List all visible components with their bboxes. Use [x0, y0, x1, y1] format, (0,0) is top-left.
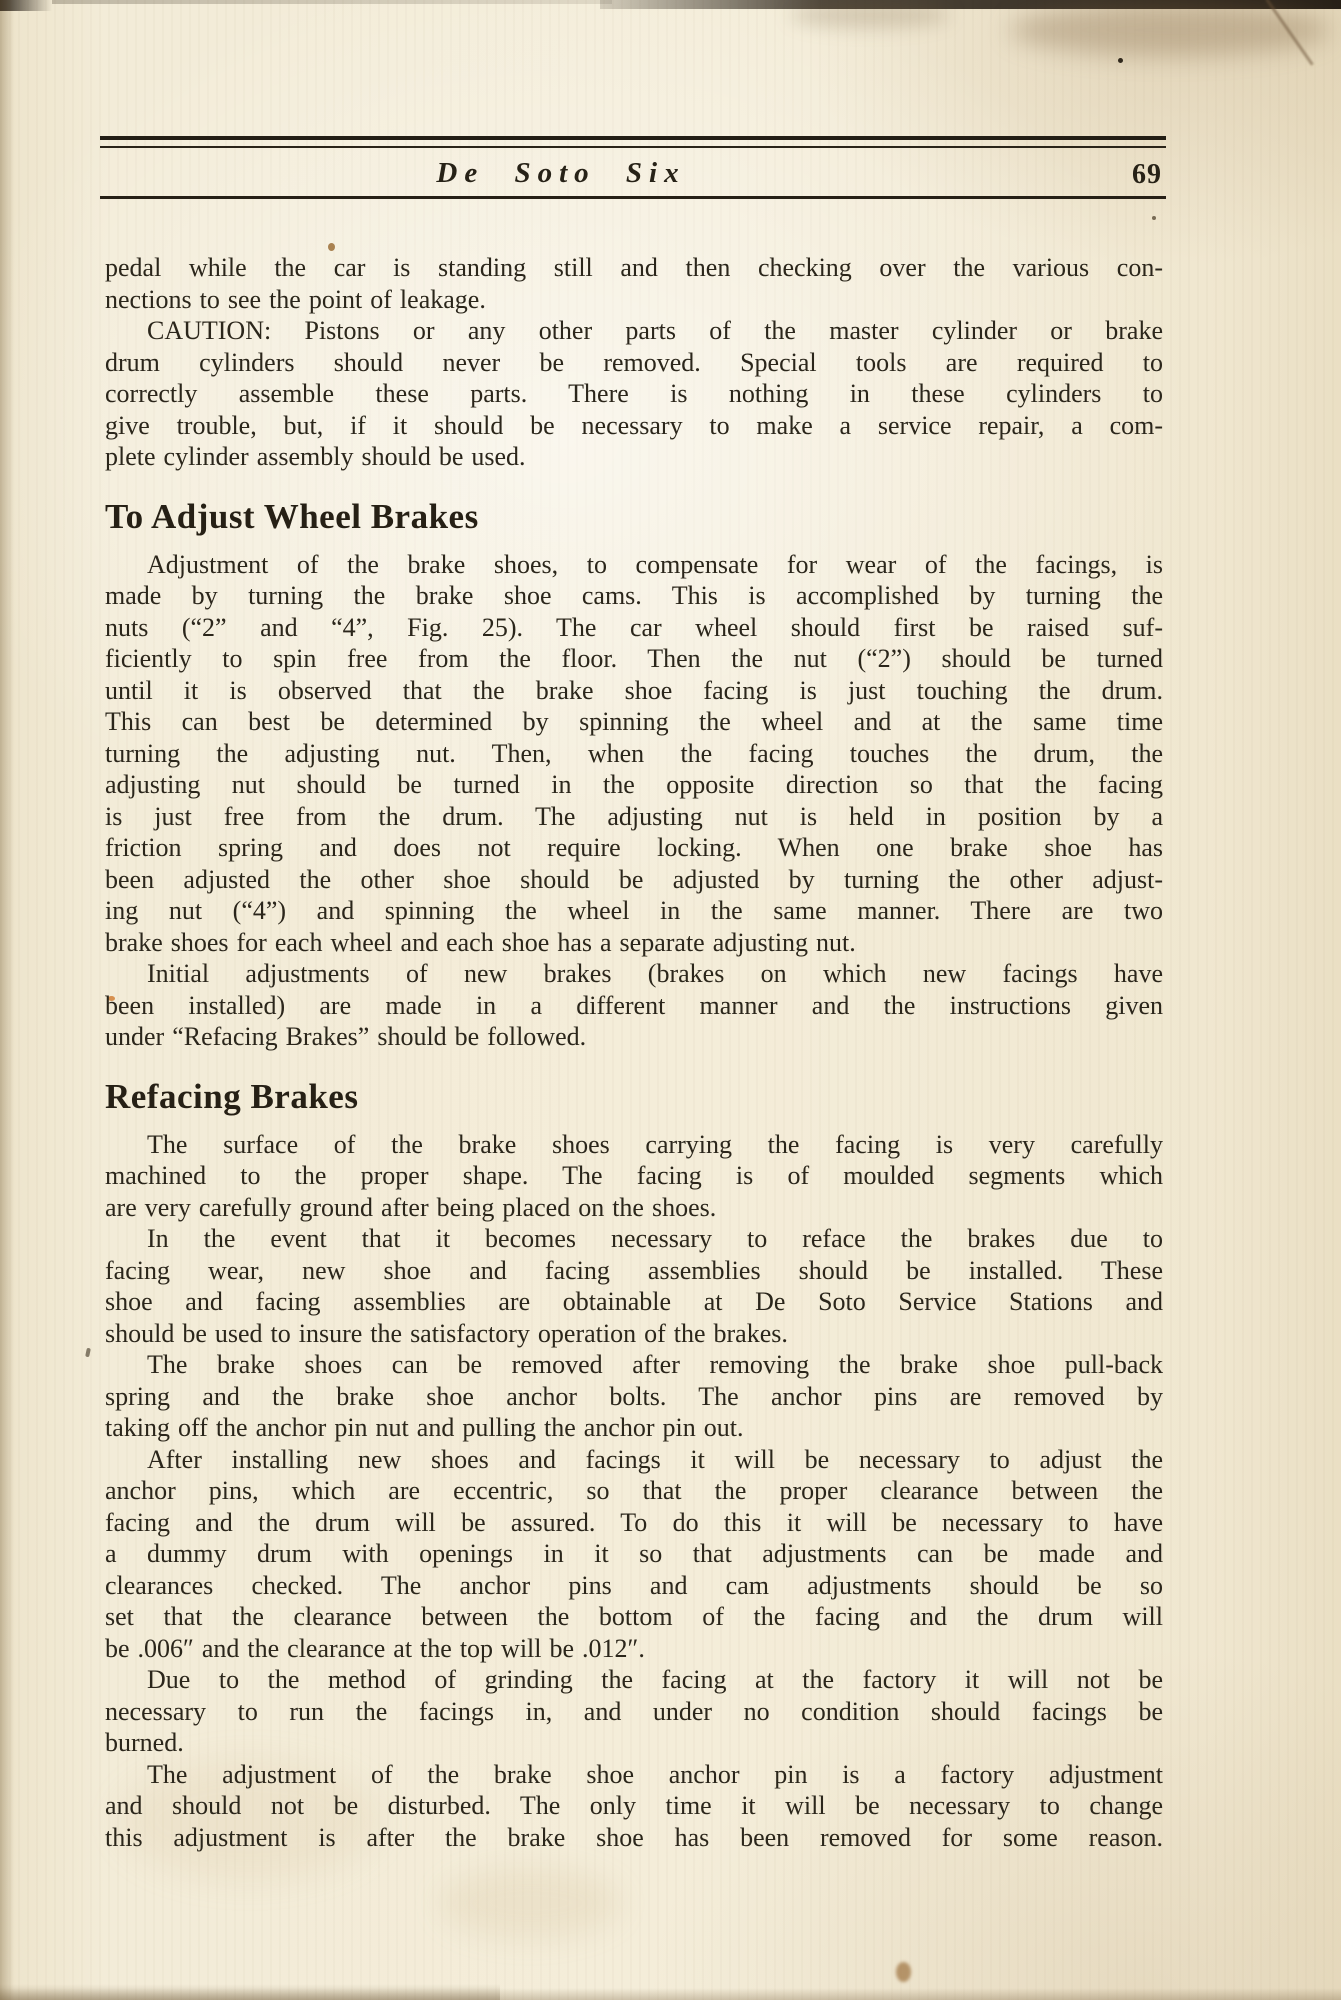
header-single-rule [100, 196, 1166, 199]
text-line: The surface of the brake shoes carrying … [105, 1129, 1163, 1161]
text-line: The adjustment of the brake shoe anchor … [105, 1759, 1163, 1791]
scan-edge-shadow [600, 0, 1341, 9]
text-line: The brake shoes can be removed after rem… [105, 1349, 1163, 1381]
text-line: shoe and facing assemblies are obtainabl… [105, 1286, 1163, 1318]
text-line: burned. [105, 1727, 1163, 1759]
scanned-page: De Soto Six 69 pedal while the car is st… [0, 0, 1341, 2000]
paper-speck [1152, 216, 1156, 220]
text-line: After installing new shoes and facings i… [105, 1444, 1163, 1476]
paper-smudge [1010, 4, 1330, 56]
text-line: brake shoes for each wheel and each shoe… [105, 927, 1163, 959]
page-body: pedal while the car is standing still an… [105, 252, 1163, 1853]
text-line: CAUTION: Pistons or any other parts of t… [105, 315, 1163, 347]
page-edge-shading [0, 1988, 1341, 2000]
text-line: should be used to insure the satisfactor… [105, 1318, 1163, 1350]
paper-stain [896, 1962, 911, 1982]
text-line: Due to the method of grinding the facing… [105, 1664, 1163, 1696]
text-line: been installed) are made in a different … [105, 990, 1163, 1022]
text-line: a dummy drum with openings in it so that… [105, 1538, 1163, 1570]
paragraph: In the event that it becomes necessary t… [105, 1223, 1163, 1349]
paragraph: Initial adjustments of new brakes (brake… [105, 958, 1163, 1053]
text-line: Adjustment of the brake shoes, to compen… [105, 549, 1163, 581]
text-line: under “Refacing Brakes” should be follow… [105, 1021, 1163, 1053]
text-line: been adjusted the other shoe should be a… [105, 864, 1163, 896]
text-line: machined to the proper shape. The facing… [105, 1160, 1163, 1192]
text-line: drum cylinders should never be removed. … [105, 347, 1163, 379]
paragraph: Due to the method of grinding the facing… [105, 1664, 1163, 1759]
scan-edge-shadow [52, 0, 612, 4]
page-number: 69 [1132, 159, 1162, 191]
text-line: this adjustment is after the brake shoe … [105, 1822, 1163, 1854]
scan-edge-shadow [0, 0, 52, 11]
page-crease [1265, 0, 1313, 66]
text-line: taking off the anchor pin nut and pullin… [105, 1412, 1163, 1444]
paragraph: The surface of the brake shoes carrying … [105, 1129, 1163, 1224]
text-line: clearances checked. The anchor pins and … [105, 1570, 1163, 1602]
section-heading: To Adjust Wheel Brakes [105, 495, 1163, 539]
paragraph: The adjustment of the brake shoe anchor … [105, 1759, 1163, 1854]
running-header-title: De Soto Six [436, 157, 685, 190]
text-line: This can best be determined by spinning … [105, 706, 1163, 738]
running-header: De Soto Six 69 [100, 136, 1166, 199]
text-line: facing wear, new shoe and facing assembl… [105, 1255, 1163, 1287]
text-line: necessary to run the facings in, and und… [105, 1696, 1163, 1728]
paragraph: Adjustment of the brake shoes, to compen… [105, 549, 1163, 959]
paragraph: CAUTION: Pistons or any other parts of t… [105, 315, 1163, 473]
text-line: be .006″ and the clearance at the top wi… [105, 1633, 1163, 1665]
text-line: nections to see the point of leakage. [105, 284, 1163, 316]
text-line: turning the adjusting nut. Then, when th… [105, 738, 1163, 770]
text-line: give trouble, but, if it should be neces… [105, 410, 1163, 442]
text-line: adjusting nut should be turned in the op… [105, 769, 1163, 801]
text-line: made by turning the brake shoe cams. Thi… [105, 580, 1163, 612]
text-line: facing and the drum will be assured. To … [105, 1507, 1163, 1539]
paper-stain [440, 1868, 620, 1938]
text-line: ing nut (“4”) and spinning the wheel in … [105, 895, 1163, 927]
text-line: spring and the brake shoe anchor bolts. … [105, 1381, 1163, 1413]
text-line: plete cylinder assembly should be used. [105, 441, 1163, 473]
text-line: is just free from the drum. The adjustin… [105, 801, 1163, 833]
page-edge-shading [0, 0, 14, 2000]
paper-speck [1118, 58, 1123, 63]
text-line: In the event that it becomes necessary t… [105, 1223, 1163, 1255]
text-line: are very carefully ground after being pl… [105, 1192, 1163, 1224]
paper-smudge [790, 2, 950, 28]
paragraph: pedal while the car is standing still an… [105, 252, 1163, 315]
paper-speck [85, 1348, 91, 1358]
text-line: friction spring and does not require loc… [105, 832, 1163, 864]
text-line: and should not be disturbed. The only ti… [105, 1790, 1163, 1822]
text-line: ficiently to spin free from the floor. T… [105, 643, 1163, 675]
text-line: pedal while the car is standing still an… [105, 252, 1163, 284]
text-line: until it is observed that the brake shoe… [105, 675, 1163, 707]
paper-speck [328, 243, 335, 251]
text-line: nuts (“2” and “4”, Fig. 25). The car whe… [105, 612, 1163, 644]
text-line: anchor pins, which are eccentric, so tha… [105, 1475, 1163, 1507]
text-line: correctly assemble these parts. There is… [105, 378, 1163, 410]
header-double-rule [100, 136, 1166, 148]
page-edge-shading [0, 1984, 500, 2000]
paragraph: After installing new shoes and facings i… [105, 1444, 1163, 1665]
paragraph: The brake shoes can be removed after rem… [105, 1349, 1163, 1444]
section-heading: Refacing Brakes [105, 1075, 1163, 1119]
text-line: set that the clearance between the botto… [105, 1601, 1163, 1633]
text-line: Initial adjustments of new brakes (brake… [105, 958, 1163, 990]
